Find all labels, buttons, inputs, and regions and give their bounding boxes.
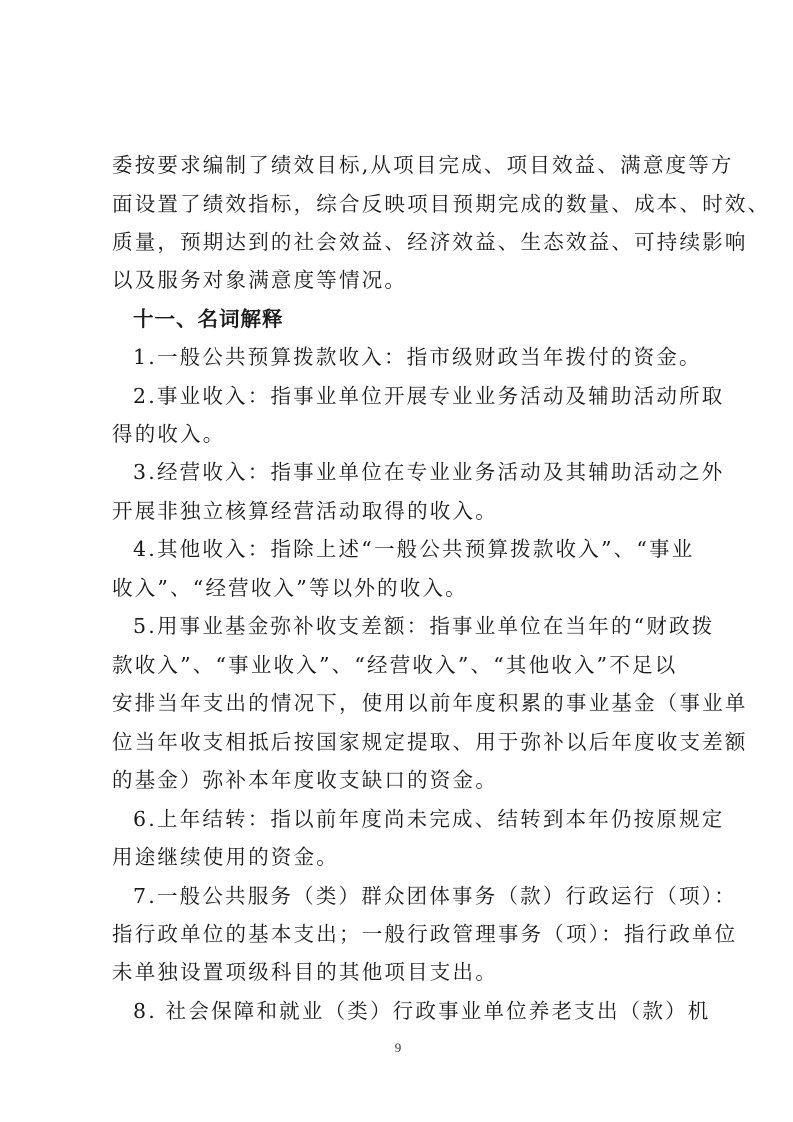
definition-line: 收入”、“经营收入”等以外的收入。 xyxy=(112,569,694,607)
definition-line: 得的收入。 xyxy=(112,415,694,453)
definition-line: 用途继续使用的资金。 xyxy=(112,838,694,876)
definition-line: 2.事业收入：指事业单位开展专业业务活动及辅助活动所取 xyxy=(133,377,694,415)
definition-line: 3.经营收入：指事业单位在专业业务活动及其辅助活动之外 xyxy=(133,453,694,491)
definition-line: 安排当年支出的情况下，使用以前年度积累的事业基金（事业单 xyxy=(112,684,694,722)
definition-line: 开展非独立核算经营活动取得的收入。 xyxy=(112,492,694,530)
definition-line: 8. 社会保障和就业（类）行政事业单位养老支出（款）机 xyxy=(133,992,694,1030)
definition-line: 7.一般公共服务（类）群众团体事务（款）行政运行（项）： xyxy=(133,877,694,915)
definition-line: 1.一般公共预算拨款收入：指市级财政当年拨付的资金。 xyxy=(133,338,694,376)
page-number: 9 xyxy=(388,1040,408,1056)
definition-line: 指行政单位的基本支出；一般行政管理事务（项）：指行政单位 xyxy=(112,915,694,953)
intro-line: 委按要求编制了绩效目标,从项目完成、项目效益、满意度等方 xyxy=(112,146,694,184)
document-page: 委按要求编制了绩效目标,从项目完成、项目效益、满意度等方 面设置了绩效指标，综合… xyxy=(0,0,793,1122)
definition-line: 位当年收支相抵后按国家规定提取、用于弥补以后年度收支差额 xyxy=(112,723,694,761)
section-heading: 十一、名词解释 xyxy=(133,300,715,338)
intro-line: 质量，预期达到的社会效益、经济效益、生态效益、可持续影响 xyxy=(112,223,694,261)
definition-line: 的基金）弥补本年度收支缺口的资金。 xyxy=(112,761,694,799)
definition-line: 4.其他收入：指除上述“一般公共预算拨款收入”、“事业 xyxy=(133,530,694,568)
definition-line: 6.上年结转：指以前年度尚未完成、结转到本年仍按原规定 xyxy=(133,800,694,838)
definition-line: 款收入”、“事业收入”、“经营收入”、“其他收入”不足以 xyxy=(112,646,694,684)
intro-line: 以及服务对象满意度等情况。 xyxy=(112,261,694,299)
definition-line: 未单独设置项级科目的其他项目支出。 xyxy=(112,953,694,991)
intro-line: 面设置了绩效指标，综合反映项目预期完成的数量、成本、时效、 xyxy=(112,185,694,223)
definition-line: 5.用事业基金弥补收支差额：指事业单位在当年的“财政拨 xyxy=(133,607,694,645)
